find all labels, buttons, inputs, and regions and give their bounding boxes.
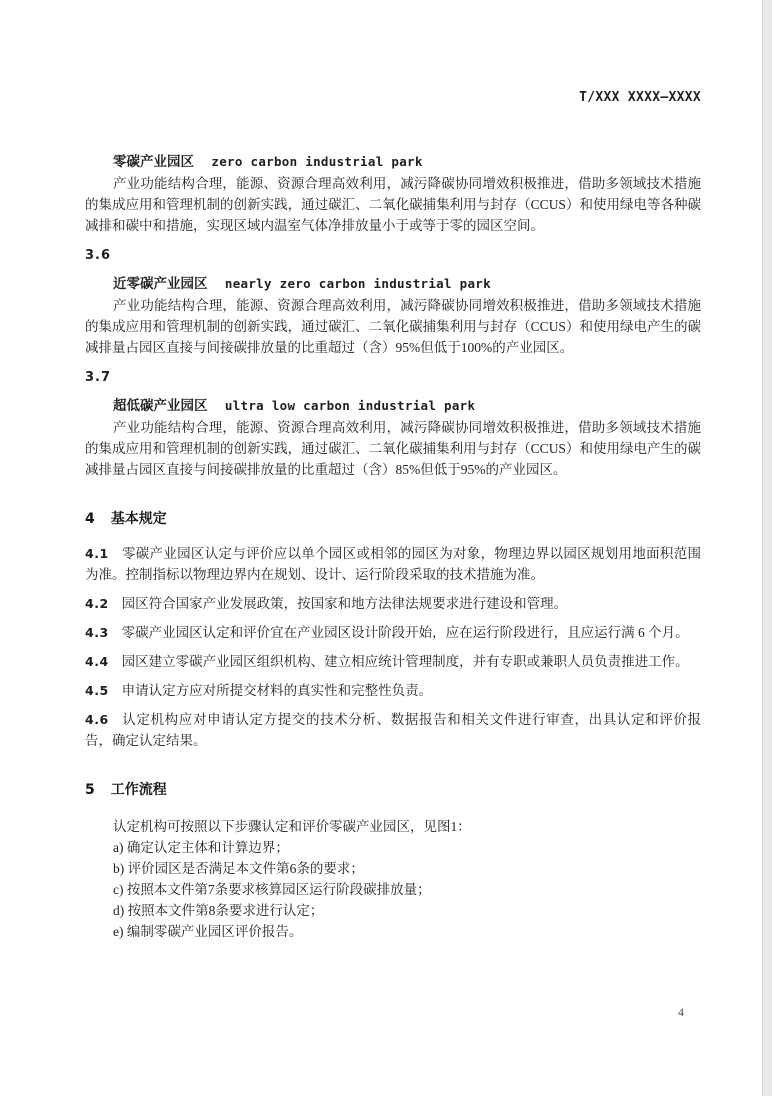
- section-title: 工作流程: [111, 781, 167, 797]
- page-number: 4: [678, 1005, 684, 1019]
- clause-item-number: 4.4: [85, 654, 109, 669]
- clause-item-4-5: 4.5申请认定方应对所提交材料的真实性和完整性负责。: [85, 680, 701, 701]
- workflow-step-b: b) 评价园区是否满足本文件第6条的要求；: [113, 858, 701, 879]
- page-content: T/XXX XXXX—XXXX 零碳产业园区 zero carbon indus…: [85, 0, 701, 942]
- term-heading: 近零碳产业园区 nearly zero carbon industrial pa…: [85, 273, 701, 294]
- workflow-step-e: e) 编制零碳产业园区评价报告。: [113, 921, 701, 942]
- clause-number-3-6: 3.6: [85, 248, 701, 264]
- workflow-step-d: d) 按照本文件第8条要求进行认定；: [113, 900, 701, 921]
- workflow-step-a: a) 确定认定主体和计算边界；: [113, 837, 701, 858]
- clause-item-4-1: 4.1零碳产业园区认定与评价应以单个园区或相邻的园区为对象，物理边界以园区规划用…: [85, 543, 701, 585]
- workflow-intro: 认定机构可按照以下步骤认定和评价零碳产业园区，见图1：: [85, 816, 701, 837]
- section-number: 4: [85, 509, 95, 529]
- term-name-zh: 近零碳产业园区: [113, 276, 208, 291]
- clause-item-number: 4.2: [85, 596, 109, 611]
- clause-item-number: 4.3: [85, 625, 109, 640]
- term-heading: 零碳产业园区 zero carbon industrial park: [85, 151, 701, 172]
- clause-item-4-2: 4.2园区符合国家产业发展政策，按国家和地方法律法规要求进行建设和管理。: [85, 593, 701, 614]
- clause-item-4-4: 4.4园区建立零碳产业园区组织机构、建立相应统计管理制度，并有专职或兼职人员负责…: [85, 651, 701, 672]
- workflow-step-c: c) 按照本文件第7条要求核算园区运行阶段碳排放量；: [113, 879, 701, 900]
- clause-number-3-7: 3.7: [85, 370, 701, 386]
- section-heading-basic-rules: 4基本规定: [85, 508, 701, 529]
- term-heading: 超低碳产业园区 ultra low carbon industrial park: [85, 395, 701, 416]
- clause-item-text: 零碳产业园区认定与评价应以单个园区或相邻的园区为对象，物理边界以园区规划用地面积…: [85, 546, 701, 582]
- term-definition: 产业功能结构合理，能源、资源合理高效利用，减污降碳协同增效积极推进，借助多领域技…: [85, 417, 701, 480]
- term-name-en: zero carbon industrial park: [211, 154, 422, 169]
- term-definition: 产业功能结构合理，能源、资源合理高效利用，减污降碳协同增效积极推进，借助多领域技…: [85, 173, 701, 236]
- standard-code-header: T/XXX XXXX—XXXX: [85, 88, 701, 107]
- clause-item-text: 园区符合国家产业发展政策，按国家和地方法律法规要求进行建设和管理。: [122, 596, 568, 611]
- section-number: 5: [85, 780, 95, 800]
- term-definition: 产业功能结构合理，能源、资源合理高效利用，减污降碳协同增效积极推进，借助多领域技…: [85, 295, 701, 358]
- term-name-en: ultra low carbon industrial park: [225, 398, 475, 413]
- clause-item-4-6: 4.6认定机构应对申请认定方提交的技术分析、数据报告和相关文件进行审查，出具认定…: [85, 709, 701, 751]
- section-title: 基本规定: [111, 510, 167, 526]
- clause-item-text: 园区建立零碳产业园区组织机构、建立相应统计管理制度，并有专职或兼职人员负责推进工…: [122, 654, 689, 669]
- term-name-en: nearly zero carbon industrial park: [225, 276, 491, 291]
- term-name-zh: 零碳产业园区: [113, 154, 194, 169]
- clause-item-number: 4.6: [85, 712, 109, 727]
- clause-item-number: 4.5: [85, 683, 109, 698]
- clause-item-text: 认定机构应对申请认定方提交的技术分析、数据报告和相关文件进行审查，出具认定和评价…: [85, 712, 701, 748]
- page-edge-background: [762, 0, 772, 1096]
- document-page: T/XXX XXXX—XXXX 零碳产业园区 zero carbon indus…: [0, 0, 772, 1096]
- term-name-zh: 超低碳产业园区: [113, 398, 208, 413]
- clause-item-text: 申请认定方应对所提交材料的真实性和完整性负责。: [122, 683, 433, 698]
- clause-item-text: 零碳产业园区认定和评价宜在产业园区设计阶段开始，应在运行阶段进行，且应运行满 6…: [122, 625, 689, 640]
- clause-item-number: 4.1: [85, 546, 109, 561]
- clause-item-4-3: 4.3零碳产业园区认定和评价宜在产业园区设计阶段开始，应在运行阶段进行，且应运行…: [85, 622, 701, 643]
- section-heading-workflow: 5工作流程: [85, 779, 701, 800]
